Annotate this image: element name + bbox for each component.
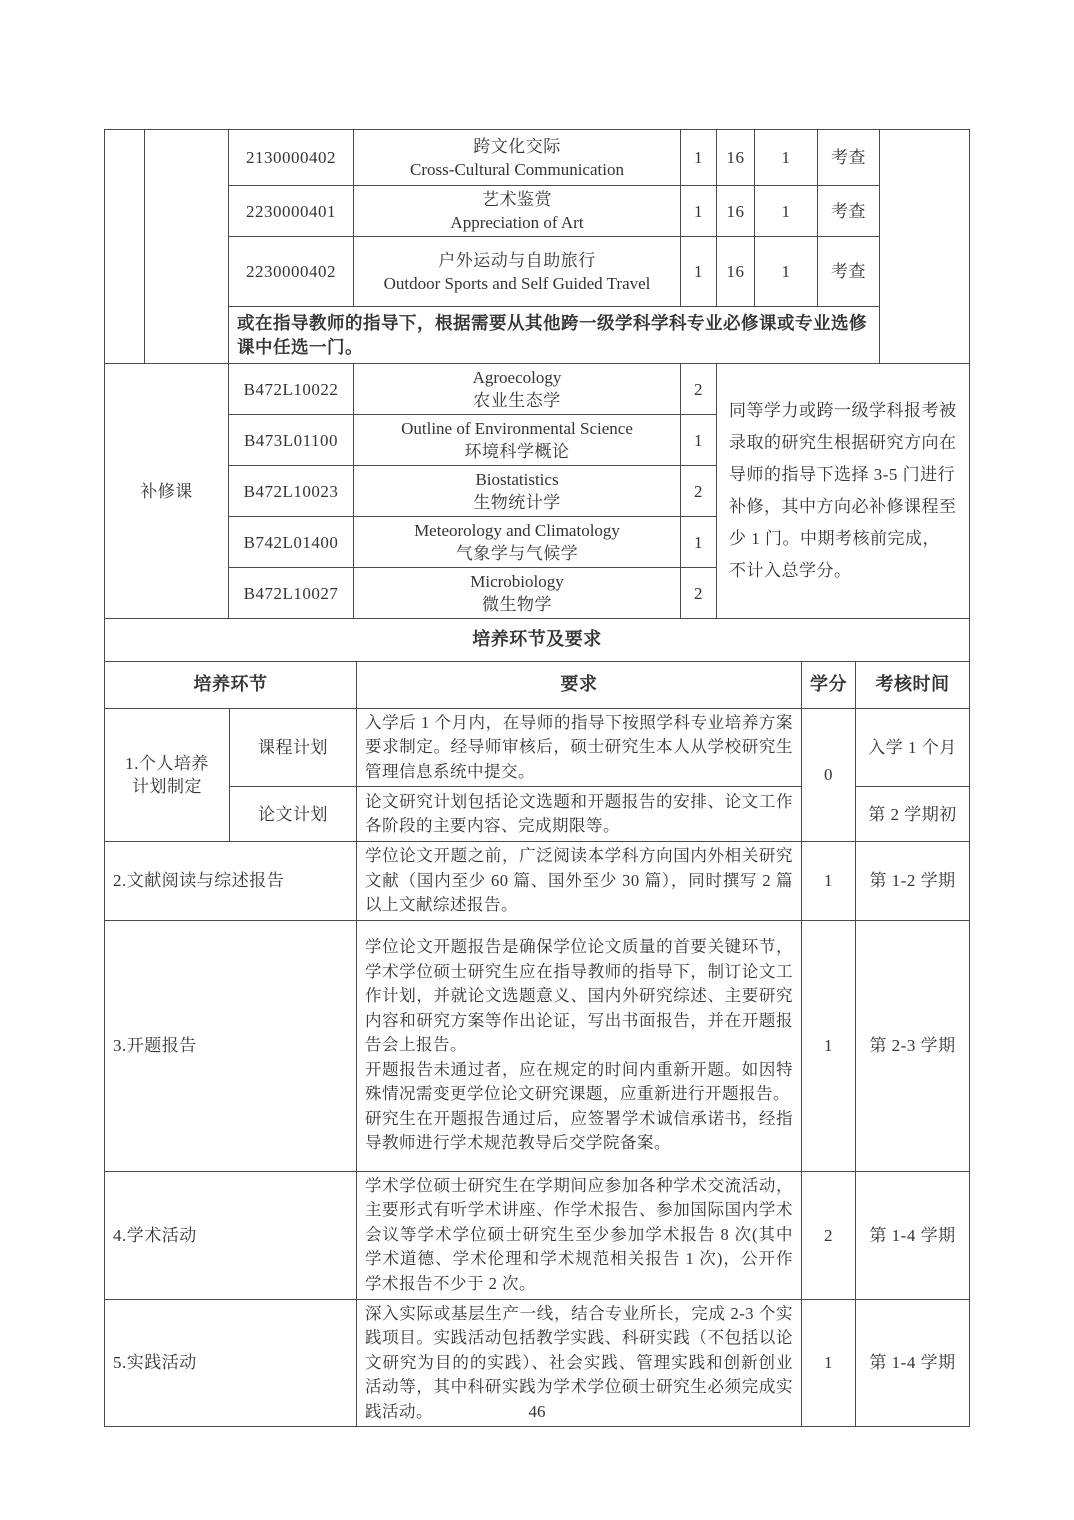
makeup-note-cell: 同等学力或跨一级学科报考被录取的研究生根据研究方向在导师的指导下选择 3-5 门… [717,364,970,619]
course-name-cn: 环境科学概论 [359,440,675,463]
requirement-cell: 入学后 1 个月内，在导师的指导下按照学科专业培养方案要求制定。经导师审核后，硕… [357,708,802,787]
elective-courses-section: 2130000402 跨文化交际 Cross-Cultural Communic… [104,129,970,364]
time-cell: 第 1-2 学期 [856,842,970,921]
course-name-cn: 微生物学 [359,593,675,616]
subcategory-empty-cell [145,130,229,364]
curriculum-table: 2130000402 跨文化交际 Cross-Cultural Communic… [104,129,969,1427]
credit-cell: 1 [802,920,856,1171]
hours-cell: 16 [717,130,755,186]
credit-cell: 2 [681,568,717,619]
hours-cell: 16 [717,237,755,307]
time-cell: 入学 1 个月 [856,708,970,787]
time-cell: 第 2-3 学期 [856,920,970,1171]
course-name-cn: 气象学与气候学 [359,542,675,565]
credit-cell: 1 [681,415,717,466]
training-requirements-section: 培养环节及要求 培养环节 要求 学分 考核时间 1.个人培养 计划制定 课程计划… [104,619,970,1427]
assessment-cell: 考查 [818,237,880,307]
credit-cell: 2 [681,466,717,517]
course-name-en: Outdoor Sports and Self Guided Travel [359,272,675,295]
time-cell: 第 1-4 学期 [856,1171,970,1299]
course-name-en: Microbiology [359,570,675,593]
credit-cell: 2 [681,364,717,415]
course-code-cell: B472L10022 [229,364,354,415]
stage-label-cell: 1.个人培养 计划制定 [105,708,230,842]
course-name-cell: 跨文化交际 Cross-Cultural Communication [354,130,681,186]
requirement-cell: 学位论文开题之前，广泛阅读本学科方向国内外相关研究文献（国内至少 60 篇、国外… [357,842,802,921]
semester-cell: 1 [755,130,818,186]
course-name-en: Outline of Environmental Science [359,417,675,440]
stage-label-cell: 3.开题报告 [105,920,357,1171]
course-name-cell: Agroecology 农业生态学 [354,364,681,415]
course-name-cn: 户外运动与自助旅行 [359,249,675,272]
semester-cell: 1 [755,186,818,237]
stage-label-cell: 2.文献阅读与综述报告 [105,842,357,921]
course-code-cell: 2130000402 [229,130,354,186]
course-name-en: Appreciation of Art [359,211,675,234]
course-code-cell: B473L01100 [229,415,354,466]
credit-cell: 1 [802,842,856,921]
header-time: 考核时间 [856,661,970,708]
sub-stage-label-cell: 课程计划 [230,708,357,787]
course-name-en: Cross-Cultural Communication [359,158,675,181]
course-code-cell: B472L10027 [229,568,354,619]
assessment-cell: 考查 [818,186,880,237]
credit-cell: 1 [681,130,717,186]
header-stage: 培养环节 [105,661,357,708]
elective-note-cell: 或在指导教师的指导下，根据需要从其他跨一级学科学科专业必修课或专业选修课中任选一… [229,307,880,364]
makeup-courses-section: 补修课 B472L10022 Agroecology 农业生态学 2 同等学力或… [104,364,970,619]
course-name-cell: 户外运动与自助旅行 Outdoor Sports and Self Guided… [354,237,681,307]
course-name-cell: Outline of Environmental Science 环境科学概论 [354,415,681,466]
credit-cell: 2 [802,1171,856,1299]
header-credit: 学分 [802,661,856,708]
course-name-cell: Microbiology 微生物学 [354,568,681,619]
requirement-cell: 学术学位硕士研究生在学期间应参加各种学术交流活动，主要形式有听学术讲座、作学术报… [357,1171,802,1299]
course-name-en: Meteorology and Climatology [359,519,675,542]
makeup-label-cell: 补修课 [105,364,229,619]
remarks-empty-cell [880,130,970,364]
course-code-cell: B472L10023 [229,466,354,517]
course-name-cn: 跨文化交际 [359,135,675,158]
credit-cell: 0 [802,708,856,842]
course-name-cell: Biostatistics 生物统计学 [354,466,681,517]
requirement-cell: 学位论文开题报告是确保学位论文质量的首要关键环节，学术学位硕士研究生应在指导教师… [357,920,802,1171]
course-name-cn: 生物统计学 [359,491,675,514]
sub-stage-label-cell: 论文计划 [230,787,357,842]
header-requirement: 要求 [357,661,802,708]
semester-cell: 1 [755,237,818,307]
credit-cell: 1 [681,517,717,568]
time-cell: 第 2 学期初 [856,787,970,842]
course-name-cell: Meteorology and Climatology 气象学与气候学 [354,517,681,568]
credit-cell: 1 [681,186,717,237]
course-name-cn: 农业生态学 [359,389,675,412]
course-name-cn: 艺术鉴赏 [359,188,675,211]
course-name-en: Agroecology [359,366,675,389]
section-title: 培养环节及要求 [105,619,970,661]
page-number: 46 [0,1402,1074,1422]
requirement-cell: 论文研究计划包括论文选题和开题报告的安排、论文工作各阶段的主要内容、完成期限等。 [357,787,802,842]
course-code-cell: 2230000401 [229,186,354,237]
category-empty-cell [105,130,145,364]
course-code-cell: B742L01400 [229,517,354,568]
hours-cell: 16 [717,186,755,237]
stage-label-cell: 4.学术活动 [105,1171,357,1299]
credit-cell: 1 [681,237,717,307]
document-page: 2130000402 跨文化交际 Cross-Cultural Communic… [0,0,1074,1520]
course-name-cell: 艺术鉴赏 Appreciation of Art [354,186,681,237]
course-name-en: Biostatistics [359,468,675,491]
course-code-cell: 2230000402 [229,237,354,307]
assessment-cell: 考查 [818,130,880,186]
